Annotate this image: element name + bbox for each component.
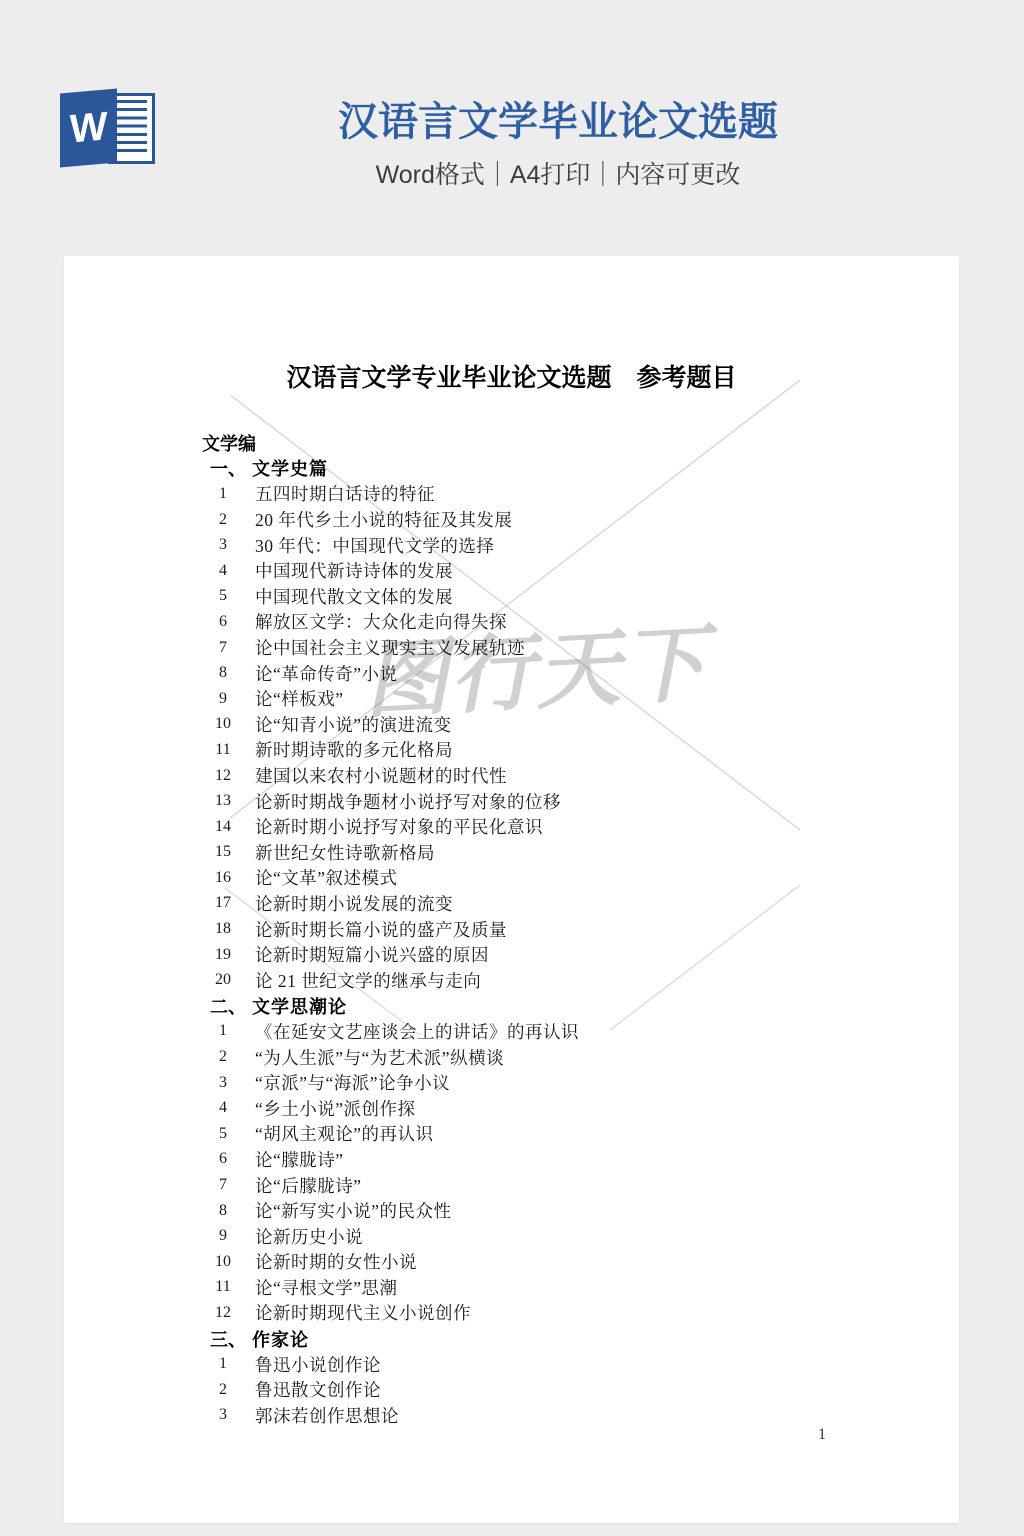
list-item: 12论新时期现代主义小说创作 bbox=[205, 1300, 959, 1326]
section-index: 三、 bbox=[210, 1326, 252, 1352]
list-item: 1鲁迅小说创作论 bbox=[205, 1351, 959, 1377]
item-text: “乡土小说”派创作探 bbox=[255, 1096, 416, 1121]
document-page: 图行天下 汉语言文学专业毕业论文选题 参考题目 文学编 一、文学史篇1五四时期白… bbox=[64, 256, 959, 1523]
item-number: 6 bbox=[205, 1150, 241, 1168]
item-number: 12 bbox=[205, 1304, 241, 1322]
section-title: 文学思潮论 bbox=[252, 993, 347, 1019]
list-item: 5中国现代散文文体的发展 bbox=[205, 584, 959, 610]
item-number: 2 bbox=[205, 1381, 241, 1399]
item-text: 论“新写实小说”的民众性 bbox=[255, 1198, 452, 1223]
item-text: “京派”与“海派”论争小议 bbox=[255, 1070, 450, 1095]
item-text: 论新时期小说发展的流变 bbox=[255, 891, 453, 916]
list-item: 11论“寻根文学”思潮 bbox=[205, 1275, 959, 1301]
item-text: 建国以来农村小说题材的时代性 bbox=[255, 763, 507, 788]
item-text: 论新历史小说 bbox=[255, 1224, 363, 1249]
item-number: 11 bbox=[205, 1278, 241, 1296]
item-text: 论“革命传奇”小说 bbox=[255, 661, 398, 686]
word-icon-letter: W bbox=[70, 106, 108, 149]
section-title: 作家论 bbox=[252, 1326, 309, 1352]
item-text: 论 21 世纪文学的继承与走向 bbox=[255, 968, 481, 993]
item-number: 14 bbox=[205, 818, 241, 836]
item-number: 19 bbox=[205, 946, 241, 964]
item-text: 论新时期现代主义小说创作 bbox=[255, 1300, 471, 1325]
item-number: 1 bbox=[205, 1022, 241, 1040]
item-text: 论新时期战争题材小说抒写对象的位移 bbox=[255, 789, 561, 814]
item-number: 10 bbox=[205, 1253, 241, 1271]
word-icon-text-lines bbox=[116, 100, 147, 157]
word-icon-cover: W bbox=[60, 89, 117, 168]
item-text: 论新时期小说抒写对象的平民化意识 bbox=[255, 814, 543, 839]
section-heading: 二、文学思潮论 bbox=[205, 993, 959, 1019]
list-item: 16论“文革”叙述模式 bbox=[205, 865, 959, 891]
list-item: 10论“知青小说”的演进流变 bbox=[205, 712, 959, 738]
item-text: 中国现代散文文体的发展 bbox=[255, 584, 453, 609]
item-number: 18 bbox=[205, 920, 241, 938]
item-number: 8 bbox=[205, 1202, 241, 1220]
item-text: 论中国社会主义现实主义发展轨迹 bbox=[255, 635, 525, 660]
item-number: 8 bbox=[205, 664, 241, 682]
list-item: 14论新时期小说抒写对象的平民化意识 bbox=[205, 814, 959, 840]
item-text: 鲁迅散文创作论 bbox=[255, 1377, 381, 1402]
page-title: 汉语言文学毕业论文选题 bbox=[338, 90, 778, 147]
item-text: 论“文革”叙述模式 bbox=[255, 865, 398, 890]
list-item: 9论新历史小说 bbox=[205, 1223, 959, 1249]
item-text: “胡风主观论”的再认识 bbox=[255, 1121, 434, 1146]
section-index: 二、 bbox=[210, 993, 252, 1019]
word-icon: W bbox=[60, 84, 164, 172]
item-number: 7 bbox=[205, 1176, 241, 1194]
item-number: 17 bbox=[205, 894, 241, 912]
list-item: 220 年代乡土小说的特征及其发展 bbox=[205, 507, 959, 533]
item-number: 1 bbox=[205, 485, 241, 503]
document-title: 汉语言文学专业毕业论文选题 参考题目 bbox=[64, 256, 959, 394]
item-text: 五四时期白话诗的特征 bbox=[255, 481, 435, 506]
document-body: 文学编 一、文学史篇1五四时期白话诗的特征220 年代乡土小说的特征及其发展33… bbox=[205, 430, 959, 1428]
list-item: 13论新时期战争题材小说抒写对象的位移 bbox=[205, 788, 959, 814]
list-item: 4“乡土小说”派创作探 bbox=[205, 1095, 959, 1121]
item-text: 郭沫若创作思想论 bbox=[255, 1403, 399, 1428]
item-text: 新时期诗歌的多元化格局 bbox=[255, 737, 453, 762]
preview-header: W 汉语言文学毕业论文选题 Word格式｜A4打印｜内容可更改 bbox=[0, 0, 1024, 256]
list-item: 7论中国社会主义现实主义发展轨迹 bbox=[205, 635, 959, 661]
list-item: 8论“新写实小说”的民众性 bbox=[205, 1198, 959, 1224]
item-number: 3 bbox=[205, 536, 241, 554]
item-text: 20 年代乡土小说的特征及其发展 bbox=[255, 507, 512, 532]
section-title: 文学史篇 bbox=[252, 455, 328, 481]
item-text: 论“样板戏” bbox=[255, 686, 344, 711]
item-text: 论“朦胧诗” bbox=[255, 1147, 344, 1172]
item-number: 9 bbox=[205, 690, 241, 708]
item-text: 论新时期短篇小说兴盛的原因 bbox=[255, 942, 489, 967]
item-number: 9 bbox=[205, 1227, 241, 1245]
list-item: 8论“革命传奇”小说 bbox=[205, 660, 959, 686]
list-item: 1五四时期白话诗的特征 bbox=[205, 481, 959, 507]
item-text: 论“寻根文学”思潮 bbox=[255, 1275, 398, 1300]
list-item: 12建国以来农村小说题材的时代性 bbox=[205, 763, 959, 789]
item-text: 论“知青小说”的演进流变 bbox=[255, 712, 452, 737]
item-text: 论新时期长篇小说的盛产及质量 bbox=[255, 917, 507, 942]
list-item: 2“为人生派”与“为艺术派”纵横谈 bbox=[205, 1044, 959, 1070]
page-number: 1 bbox=[818, 1426, 826, 1444]
item-number: 2 bbox=[205, 511, 241, 529]
list-item: 6解放区文学：大众化走向得失探 bbox=[205, 609, 959, 635]
list-item: 7论“后朦胧诗” bbox=[205, 1172, 959, 1198]
item-number: 4 bbox=[205, 562, 241, 580]
item-number: 15 bbox=[205, 843, 241, 861]
page-subtitle: Word格式｜A4打印｜内容可更改 bbox=[376, 155, 741, 191]
list-item: 9论“样板戏” bbox=[205, 686, 959, 712]
item-number: 5 bbox=[205, 1125, 241, 1143]
list-item: 5“胡风主观论”的再认识 bbox=[205, 1121, 959, 1147]
item-number: 7 bbox=[205, 639, 241, 657]
item-text: 论“后朦胧诗” bbox=[255, 1173, 362, 1198]
list-item: 10论新时期的女性小说 bbox=[205, 1249, 959, 1275]
list-item: 330 年代：中国现代文学的选择 bbox=[205, 532, 959, 558]
list-item: 4中国现代新诗诗体的发展 bbox=[205, 558, 959, 584]
item-number: 12 bbox=[205, 767, 241, 785]
item-text: 新世纪女性诗歌新格局 bbox=[255, 840, 435, 865]
item-number: 6 bbox=[205, 613, 241, 631]
item-text: 论新时期的女性小说 bbox=[255, 1249, 417, 1274]
item-number: 3 bbox=[205, 1406, 241, 1424]
item-number: 10 bbox=[205, 715, 241, 733]
item-number: 2 bbox=[205, 1048, 241, 1066]
item-number: 4 bbox=[205, 1099, 241, 1117]
section-heading: 一、文学史篇 bbox=[205, 456, 959, 482]
item-text: 《在延安文艺座谈会上的讲话》的再认识 bbox=[255, 1019, 579, 1044]
list-item: 1《在延安文艺座谈会上的讲话》的再认识 bbox=[205, 1019, 959, 1045]
item-text: 中国现代新诗诗体的发展 bbox=[255, 558, 453, 583]
item-number: 1 bbox=[205, 1355, 241, 1373]
list-item: 11新时期诗歌的多元化格局 bbox=[205, 737, 959, 763]
item-number: 20 bbox=[205, 971, 241, 989]
item-number: 5 bbox=[205, 587, 241, 605]
list-item: 3郭沫若创作思想论 bbox=[205, 1403, 959, 1429]
item-number: 3 bbox=[205, 1074, 241, 1092]
item-number: 13 bbox=[205, 792, 241, 810]
item-number: 11 bbox=[205, 741, 241, 759]
outline-label: 文学编 bbox=[202, 430, 959, 456]
list-item: 17论新时期小说发展的流变 bbox=[205, 891, 959, 917]
list-item: 3“京派”与“海派”论争小议 bbox=[205, 1070, 959, 1096]
list-item: 15新世纪女性诗歌新格局 bbox=[205, 840, 959, 866]
section-index: 一、 bbox=[210, 455, 252, 481]
item-text: 鲁迅小说创作论 bbox=[255, 1352, 381, 1377]
list-item: 19论新时期短篇小说兴盛的原因 bbox=[205, 942, 959, 968]
list-item: 20论 21 世纪文学的继承与走向 bbox=[205, 967, 959, 993]
list-item: 2鲁迅散文创作论 bbox=[205, 1377, 959, 1403]
list-item: 18论新时期长篇小说的盛产及质量 bbox=[205, 916, 959, 942]
list-item: 6论“朦胧诗” bbox=[205, 1147, 959, 1173]
section-heading: 三、作家论 bbox=[205, 1326, 959, 1352]
item-number: 16 bbox=[205, 869, 241, 887]
item-text: 30 年代：中国现代文学的选择 bbox=[255, 533, 494, 558]
item-text: “为人生派”与“为艺术派”纵横谈 bbox=[255, 1045, 504, 1070]
item-text: 解放区文学：大众化走向得失探 bbox=[255, 609, 507, 634]
